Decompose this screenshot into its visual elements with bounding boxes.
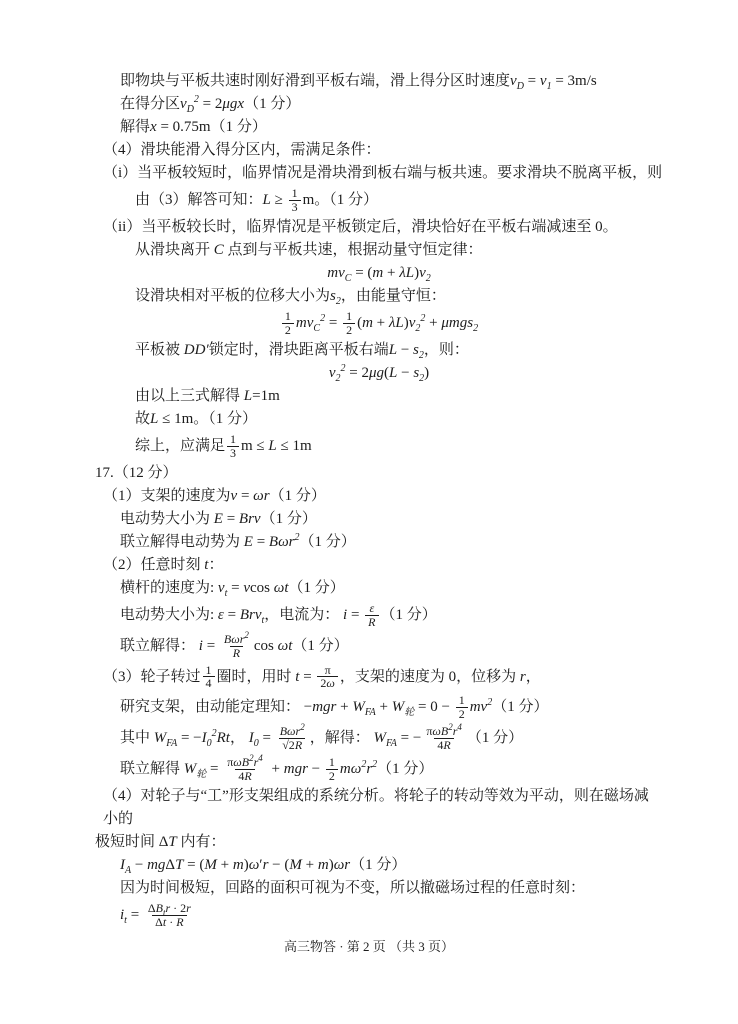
math-var: μgx (222, 96, 244, 112)
text-run: − ( (268, 857, 289, 873)
text-run: 其中 (120, 730, 154, 746)
text-run: 电动势大小为: (120, 607, 218, 623)
math-var: T (168, 834, 176, 850)
text-run: ： (208, 557, 223, 573)
math-var: mgr (284, 761, 308, 777)
math-var: mω (340, 761, 361, 777)
doc-line: v22 = 2μg(L − s2) (95, 362, 663, 385)
text-run: （1 分） (467, 730, 523, 746)
text-run: cos (250, 580, 274, 596)
math-var: DD′ (184, 342, 209, 358)
text-run: 电动势大小为 (120, 511, 214, 527)
text-run: ≤ 1m。（1 分） (158, 411, 257, 427)
answer-sheet-page: 即物块与平板共速时刚好滑到平板右端，滑上得分区时速度vD = v1 = 3m/s… (0, 0, 738, 1024)
math-var: m (318, 857, 329, 873)
text-run: + (425, 315, 441, 331)
fraction-numerator: 1 (456, 694, 468, 707)
text-run: = 0 − (414, 699, 453, 715)
math-var: E (214, 511, 223, 527)
fraction: 12 (343, 308, 355, 339)
text-run: = (223, 511, 239, 527)
doc-line: 因为时间极短，回路的面积可视为不变，所以撤磁场过程的任意时刻： (120, 877, 663, 900)
subscript: 2 (426, 273, 431, 284)
text-run: − (308, 761, 324, 777)
math-var: v (510, 73, 517, 89)
text-run: 极短时间 Δ (95, 834, 168, 850)
text-run: + (336, 699, 352, 715)
text-run: π (325, 663, 331, 677)
fraction: 12 (282, 308, 294, 339)
math-var: M (289, 857, 302, 873)
fraction: π2ω (317, 662, 337, 693)
subscript: 0 (207, 738, 212, 749)
text-run: 设滑块相对平板的位移大小为 (135, 288, 330, 304)
math-var: r (186, 901, 191, 915)
text-run: 1 (346, 309, 352, 323)
math-var: Bωr (280, 724, 300, 738)
text-run: − (131, 857, 147, 873)
doc-line: 故L ≤ 1m。（1 分） (135, 408, 663, 431)
text-run: ) (424, 365, 429, 381)
subscript: D (187, 104, 194, 115)
math-var: M (204, 857, 217, 873)
math-var: ωr (334, 857, 350, 873)
text-run: （ii）当平板较长时，临界情况是平板锁定后，滑块恰好在平板右端减速至 0。 (103, 219, 618, 235)
math-var: ω (326, 676, 334, 690)
fraction-numerator: π (322, 664, 334, 677)
text-run: （1 分） (381, 607, 437, 623)
math-var: R (295, 738, 302, 752)
fraction: 12 (326, 754, 338, 785)
fraction-denominator: 2ω (317, 676, 337, 690)
math-var: R (176, 915, 183, 929)
text-run: = 2 (199, 96, 222, 112)
text-run: ， (526, 668, 541, 684)
doc-line: 即物块与平板共速时刚好滑到平板右端，滑上得分区时速度vD = v1 = 3m/s (120, 70, 663, 93)
fraction-denominator: 3 (289, 200, 301, 214)
doc-line: （2）任意时刻 t： (103, 554, 663, 577)
text-run: ，支架的速度为 0，位移为 (340, 668, 520, 684)
math-var: x (150, 119, 157, 135)
doc-line: 联立解得 W轮 = πωB2r44R + mgr − 12mω2r2（1 分） (120, 754, 663, 785)
doc-line: IA − mgΔT = (M + m)ω′r − (M + m)ωr（1 分） (120, 854, 663, 877)
math-var: Brv (240, 607, 262, 623)
text-run: 即物块与平板共速时刚好滑到平板右端，滑上得分区时速度 (120, 73, 510, 89)
text-run: 从滑块离开 (135, 242, 214, 258)
fraction: 13 (227, 431, 239, 462)
text-run: = 3m/s (552, 73, 597, 89)
fraction-numerator: 1 (203, 664, 215, 677)
text-run: （1 分） (261, 511, 317, 527)
text-run: 解得 (120, 119, 150, 135)
math-var: ωB (233, 755, 249, 769)
text-run: + (373, 315, 389, 331)
fraction-denominator: √2R (279, 738, 305, 752)
math-var: R (244, 769, 251, 783)
math-var: L (244, 388, 252, 404)
text-run: 1 (285, 309, 291, 323)
text-run: − (397, 342, 413, 358)
text-run: m。（1 分） (303, 192, 378, 208)
text-run: （1 分） (350, 857, 406, 873)
text-run: cos (254, 638, 278, 654)
text-run: 1 (459, 693, 465, 707)
doc-line: mvC = (m + λL)v2 (95, 262, 663, 285)
text-run: 3 (292, 200, 298, 214)
text-run: − (397, 365, 413, 381)
text-run: （1 分） (289, 580, 345, 596)
doc-line: （4）滑块能滑入得分区内，需满足条件： (103, 139, 663, 162)
text-run: 3 (230, 446, 236, 460)
math-var: W (184, 761, 197, 777)
math-var: E (244, 534, 253, 550)
text-run: 圈时，用时 (217, 668, 296, 684)
text-run: = 2 (346, 365, 369, 381)
math-var: L (263, 192, 271, 208)
fraction-numerator: ΔBtr · 2r (145, 902, 194, 915)
math-var: Brv (239, 511, 261, 527)
text-run: = (227, 580, 243, 596)
text-run: Δ (148, 901, 156, 915)
doc-line: 平板被 DD′锁定时，滑块距离平板右端L − s2，则： (135, 339, 663, 362)
math-var: μmgs (441, 315, 473, 331)
subscript: 2 (415, 323, 420, 334)
math-var: mv (327, 265, 345, 281)
math-var: v (180, 96, 187, 112)
doc-line: it = ΔBtr · 2rΔt · R (120, 900, 663, 931)
doc-line: 电动势大小为: ε = Brvt，电流为： i = εR（1 分） (120, 600, 663, 631)
fraction: Bωr2√2R (277, 723, 308, 754)
text-run: （1）支架的速度为 (103, 488, 231, 504)
fraction: πωB2r44R (224, 754, 266, 785)
doc-line: 联立解得： i = Bωr2Rcos ωt（1 分） (120, 631, 663, 662)
text-run: = ( (351, 265, 372, 281)
math-var: Rt (217, 730, 230, 746)
fraction-numerator: 1 (289, 187, 301, 200)
text-run: （1 分） (244, 96, 300, 112)
fraction-denominator: R (230, 646, 243, 660)
text-run: 联立解得电动势为 (120, 534, 244, 550)
text-run: = (206, 761, 222, 777)
text-run: （1 分） (270, 488, 326, 504)
fraction-numerator: 1 (326, 756, 338, 769)
text-run: = (253, 534, 269, 550)
text-run: 综上，应满足 (135, 438, 225, 454)
fraction-numerator: πωB2r4 (423, 725, 465, 738)
fraction-numerator: 1 (282, 310, 294, 323)
superscript: 2 (244, 630, 249, 640)
text-run: 因为时间极短，回路的面积可视为不变，所以撤磁场过程的任意时刻： (120, 880, 585, 896)
text-run: = (224, 607, 240, 623)
text-run: 2 (329, 769, 335, 783)
text-run: =1m (252, 388, 280, 404)
text-run: 2 (285, 323, 291, 337)
math-var: m (362, 315, 373, 331)
superscript: 4 (457, 722, 462, 732)
math-var: v (218, 580, 225, 596)
math-var: R (443, 738, 450, 752)
doc-line: 解得x = 0.75m（1 分） (120, 116, 663, 139)
text-run: 内有： (177, 834, 226, 850)
subscript: FA (386, 738, 397, 749)
text-run: 由（3）解答可知： (135, 192, 263, 208)
fraction-denominator: 2 (456, 707, 468, 721)
doc-line: （ii）当平板较长时，临界情况是平板锁定后，滑块恰好在平板右端减速至 0。 (103, 216, 663, 239)
math-var: m (233, 857, 244, 873)
math-var: m (372, 265, 383, 281)
superscript: 2 (300, 722, 305, 732)
text-run: （1 分） (292, 638, 348, 654)
fraction-denominator: 4 (203, 676, 215, 690)
math-var: ωB (432, 724, 448, 738)
text-run: （3）轮子转过 (103, 668, 201, 684)
fraction: ΔBtr · 2rΔt · R (145, 900, 194, 931)
math-var: λL (389, 315, 404, 331)
doc-line: 横杆的速度为: vt = vcos ωt（1 分） (120, 577, 663, 600)
text-run: 2 (346, 323, 352, 337)
doc-line: （3）轮子转过14圈时，用时 t = π2ω，支架的速度为 0，位移为 r， (103, 662, 663, 693)
doc-line: 17.（12 分） (95, 462, 663, 485)
text-run: （i）当平板较短时，临界情况是滑块滑到板右端与板共速。要求滑块不脱离平板，则 (103, 165, 662, 181)
fraction-denominator: 2 (343, 323, 355, 337)
fraction-numerator: ε (366, 602, 377, 615)
doc-line: 从滑块离开 C 点到与平板共速，根据动量守恒定律： (135, 239, 663, 262)
fraction: 12 (456, 692, 468, 723)
text-run: ≤ 1m (277, 438, 312, 454)
fraction: 14 (203, 662, 215, 693)
doc-line: 在得分区vD2 = 2μgx（1 分） (120, 93, 663, 116)
text-run: （4）对轮子与“工”形支架组成的系统分析。将轮子的转动等效为平动，则在磁场减小的 (103, 788, 649, 827)
text-run: 联立解得 (120, 761, 184, 777)
fraction-denominator: 2 (282, 323, 294, 337)
text-run: m ≤ (241, 438, 268, 454)
document-body: 即物块与平板共速时刚好滑到平板右端，滑上得分区时速度vD = v1 = 3m/s… (95, 70, 663, 931)
math-var: v (329, 365, 336, 381)
math-var: R (368, 615, 375, 629)
math-var: ωr (253, 488, 269, 504)
text-run: 由以上三式解得 (135, 388, 244, 404)
doc-line: 其中 WFA = −I02Rt， I0 = Bωr2√2R，解得： WFA = … (120, 723, 663, 754)
math-var: ωt (278, 638, 293, 654)
doc-line: 设滑块相对平板的位移大小为s2，由能量守恒： (135, 285, 663, 308)
text-run: 1 (206, 663, 212, 677)
subscript: 轮 (196, 769, 206, 780)
doc-line: 综上，应满足13m ≤ L ≤ 1m (135, 431, 663, 462)
math-var: ω (249, 857, 260, 873)
text-run: 1 (292, 186, 298, 200)
doc-line: （i）当平板较短时，临界情况是滑块滑到板右端与板共速。要求滑块不脱离平板，则 (103, 162, 663, 185)
text-run: 联立解得： (120, 638, 199, 654)
text-run: 平板被 (135, 342, 184, 358)
text-run: = (299, 668, 315, 684)
text-run: 17.（12 分） (95, 465, 178, 481)
math-var: B (156, 901, 163, 915)
text-run: 横杆的速度为: (120, 580, 218, 596)
subscript: C (313, 323, 320, 334)
text-run: 研究支架，由动能定理知： − (120, 699, 312, 715)
text-run: + (383, 265, 399, 281)
subscript: FA (365, 707, 376, 718)
text-run: Δ (155, 915, 163, 929)
text-run: 4 (206, 676, 212, 690)
doc-line: （1）支架的速度为v = ωr（1 分） (103, 485, 663, 508)
text-run: 故 (135, 411, 150, 427)
fraction-numerator: πωB2r4 (224, 756, 266, 769)
math-var: mv (296, 315, 314, 331)
text-run: √2 (282, 738, 295, 752)
doc-line: 电动势大小为 E = Brv（1 分） (120, 508, 663, 531)
doc-line: 12mvC2 = 12(m + λL)v22 + μmgs2 (95, 308, 663, 339)
text-run: 点到与平板共速，根据动量守恒定律： (224, 242, 483, 258)
text-run: 1 (230, 432, 236, 446)
fraction: εR (365, 600, 378, 631)
math-var: mv (470, 699, 488, 715)
text-run: 1 (329, 755, 335, 769)
math-var: v (243, 580, 250, 596)
text-run: = ( (183, 857, 204, 873)
text-run: （1 分） (300, 534, 356, 550)
text-run: + (217, 857, 233, 873)
text-run: （4）滑块能滑入得分区内，需满足条件： (103, 142, 381, 158)
text-run: （1 分） (377, 761, 433, 777)
text-run: ，则： (424, 342, 469, 358)
fraction-denominator: 2 (326, 769, 338, 783)
text-run: 锁定时，滑块距离平板右端 (209, 342, 389, 358)
fraction-denominator: Δt · R (152, 915, 186, 929)
subscript: 轮 (404, 707, 414, 718)
doc-line: 由以上三式解得 L=1m (135, 385, 663, 408)
text-run: = (127, 907, 143, 923)
text-run: Δ (165, 857, 175, 873)
doc-line: （4）对轮子与“工”形支架组成的系统分析。将轮子的转动等效为平动，则在磁场减小的 (103, 785, 663, 831)
doc-line: 联立解得电动势为 E = Bωr2（1 分） (120, 531, 663, 554)
text-run: + (302, 857, 318, 873)
text-run: ， (230, 730, 249, 746)
text-run: 2 (459, 707, 465, 721)
math-var: C (214, 242, 224, 258)
text-run: = (524, 73, 540, 89)
text-run: · 2 (170, 901, 186, 915)
text-run: = (237, 488, 253, 504)
fraction: πωB2r44R (423, 723, 465, 754)
math-var: ωt (274, 580, 289, 596)
subscript: 2 (336, 373, 341, 384)
math-var: R (233, 646, 240, 660)
text-run: + (376, 699, 392, 715)
text-run: = − (177, 730, 201, 746)
subscript: FA (166, 738, 177, 749)
math-var: ε (369, 601, 374, 615)
math-var: W (373, 730, 386, 746)
math-var: μg (369, 365, 384, 381)
math-var: mgr (312, 699, 336, 715)
fraction-numerator: 1 (343, 310, 355, 323)
subscript: D (517, 81, 524, 92)
fraction-numerator: Bωr2 (277, 725, 308, 738)
math-var: W (352, 699, 365, 715)
math-var: W (154, 730, 167, 746)
text-run: ，电流为： (264, 607, 343, 623)
text-run: ，解得： (310, 730, 374, 746)
math-var: L (268, 438, 276, 454)
text-run: （1 分） (492, 699, 548, 715)
superscript: 4 (258, 753, 263, 763)
doc-line: 由（3）解答可知：L ≥ 13m。（1 分） (135, 185, 663, 216)
math-var: Bωr (224, 632, 244, 646)
text-run: = (347, 607, 363, 623)
text-run: + (268, 761, 284, 777)
math-var: v (419, 265, 426, 281)
fraction-numerator: Bωr2 (221, 633, 252, 646)
math-var: L (389, 342, 397, 358)
math-var: v (540, 73, 547, 89)
text-run: ，由能量守恒： (341, 288, 446, 304)
fraction-denominator: 4R (434, 738, 453, 752)
fraction-denominator: R (365, 615, 378, 629)
fraction-denominator: 4R (235, 769, 254, 783)
page-footer: 高三物答 · 第 2 页 （共 3 页） (0, 936, 738, 955)
doc-line: 极短时间 ΔT 内有： (95, 831, 663, 854)
math-var: λL (399, 265, 414, 281)
math-var: W (392, 699, 405, 715)
fraction-denominator: 3 (227, 446, 239, 460)
text-run: = − (397, 730, 421, 746)
doc-line: 研究支架，由动能定理知： −mgr + WFA + W轮 = 0 − 12mv2… (120, 692, 663, 723)
math-var: mg (147, 857, 165, 873)
fraction: 13 (289, 185, 301, 216)
text-run: = (259, 730, 275, 746)
text-run: （2）任意时刻 (103, 557, 204, 573)
subscript: 2 (473, 323, 478, 334)
text-run: · (166, 915, 176, 929)
text-run: = (325, 315, 341, 331)
text-run: 在得分区 (120, 96, 180, 112)
text-run: = (203, 638, 219, 654)
footer-text: 高三物答 · 第 2 页 （共 3 页） (284, 939, 454, 954)
fraction-numerator: 1 (227, 433, 239, 446)
text-run: = 0.75m（1 分） (157, 119, 267, 135)
fraction: Bωr2R (221, 631, 252, 662)
math-var: Bωr (269, 534, 295, 550)
text-run: ≥ (271, 192, 287, 208)
